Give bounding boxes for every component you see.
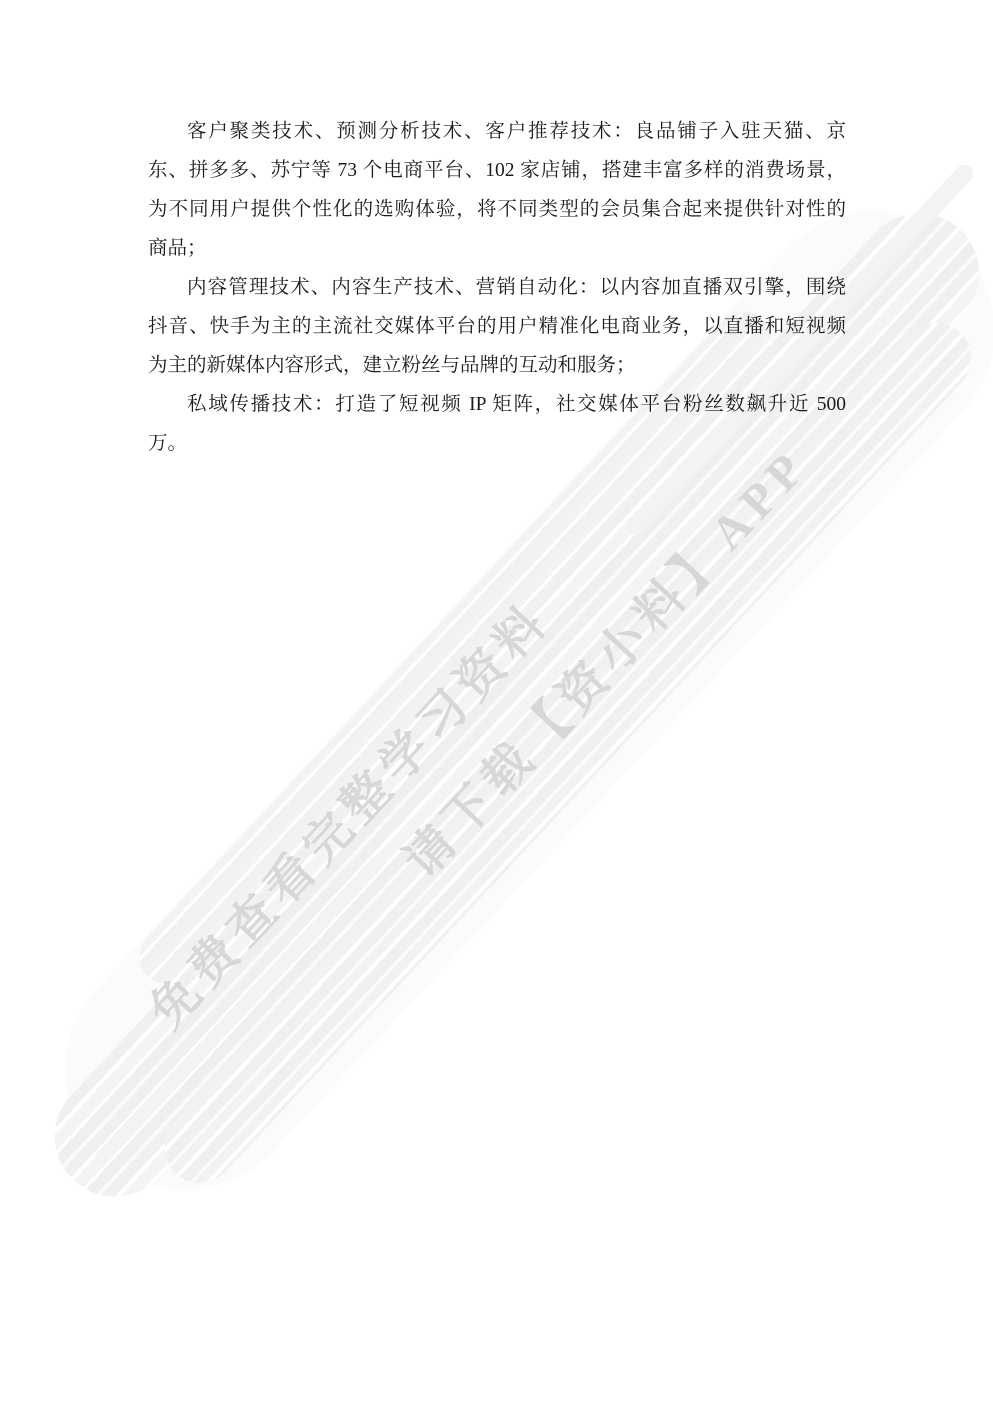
text-line: 私域传播技术：打造了短视频 IP 矩阵，社交媒体平台粉丝数飙升近 500 [148,385,846,424]
text-line: 客户聚类技术、预测分析技术、客户推荐技术：良品铺子入驻天猫、京 [148,112,846,151]
paragraph-content-tech: 内容管理技术、内容生产技术、营销自动化：以内容加直播双引擎，围绕 抖音、快手为主… [148,268,846,385]
text-line: 抖音、快手为主的主流社交媒体平台的用户精准化电商业务，以直播和短视频 [148,307,846,346]
text-line: 内容管理技术、内容生产技术、营销自动化：以内容加直播双引擎，围绕 [148,268,846,307]
text-line: 商品； [148,229,846,268]
text-line: 东、拼多多、苏宁等 73 个电商平台、102 家店铺，搭建丰富多样的消费场景， [148,151,846,190]
paragraph-private-domain-tech: 私域传播技术：打造了短视频 IP 矩阵，社交媒体平台粉丝数飙升近 500 万。 [148,385,846,463]
text-line: 为不同用户提供个性化的选购体验，将不同类型的会员集合起来提供针对性的 [148,190,846,229]
paragraph-customer-tech: 客户聚类技术、预测分析技术、客户推荐技术：良品铺子入驻天猫、京 东、拼多多、苏宁… [148,112,846,268]
document-page: 免费查看完整学习资料 请下载【资小料】APP 客户聚类技术、预测分析技术、客户推… [0,0,993,1404]
text-line: 为主的新媒体内容形式，建立粉丝与品牌的互动和服务； [148,346,846,385]
watermark-text-line-2: 请下载【资小料】APP [190,362,893,1107]
text-line: 万。 [148,424,846,463]
document-body: 客户聚类技术、预测分析技术、客户推荐技术：良品铺子入驻天猫、京 东、拼多多、苏宁… [148,112,846,463]
